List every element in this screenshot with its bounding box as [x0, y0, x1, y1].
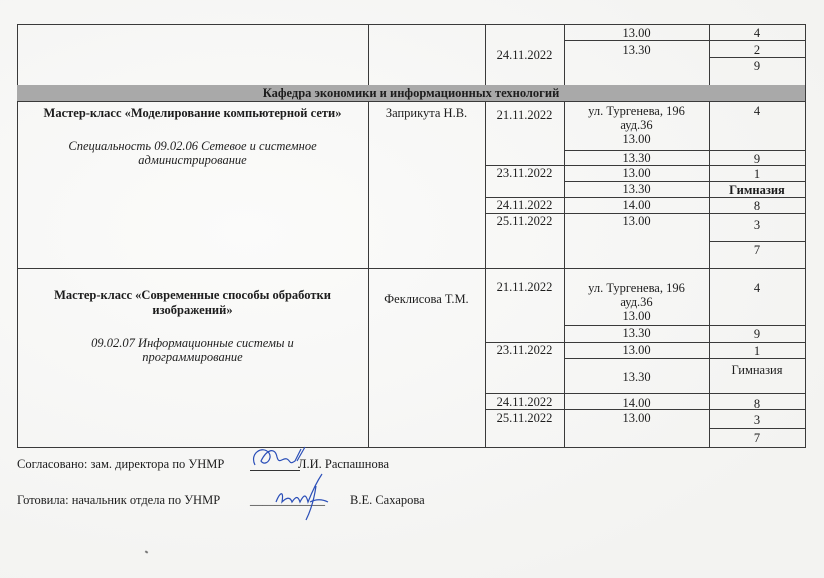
schedule-group: 4	[709, 104, 805, 118]
schedule-time: 13.00	[564, 166, 709, 180]
schedule-group: 3	[709, 413, 805, 427]
schedule-time: 13.30	[564, 182, 709, 196]
schedule-time: 13.00	[564, 214, 709, 228]
schedule-date: 24.11.2022	[485, 395, 564, 409]
schedule-group: 9	[709, 152, 805, 166]
schedule-time: 14.00	[564, 198, 709, 212]
schedule-date: 25.11.2022	[485, 214, 564, 228]
location-line-1: ул. Тургенева, 196	[564, 104, 709, 118]
schedule-group: 1	[709, 167, 805, 181]
prepared-handwritten-signature-icon	[270, 472, 340, 522]
schedule-time: 13.00	[564, 309, 709, 323]
schedule-group: 9	[709, 327, 805, 341]
top-time-1: 13.00	[564, 26, 709, 40]
specialty-line-2: администрирование	[17, 153, 368, 167]
master-class-title-line-2: изображений»	[17, 303, 368, 317]
schedule-group: 3	[709, 218, 805, 232]
schedule-group: 8	[709, 397, 805, 411]
top-group-3: 9	[709, 59, 805, 73]
schedule-group: Гимназия	[709, 363, 805, 377]
top-time-2: 13.30	[564, 43, 709, 57]
location-line-2: ауд.36	[564, 118, 709, 132]
scanned-document-page: 24.11.2022 13.00 13.30 4 2 9 Кафедра эко…	[0, 0, 824, 578]
teacher-name: Феклисова Т.М.	[368, 292, 485, 306]
schedule-date: 25.11.2022	[485, 411, 564, 425]
schedule-group: 8	[709, 199, 805, 213]
prepared-prefix: Готовила: начальник отдела по УНМР	[17, 493, 220, 507]
schedule-date: 23.11.2022	[485, 343, 564, 357]
specialty-line-1: Специальность 09.02.06 Сетевое и системн…	[17, 139, 368, 153]
schedule-group: 7	[709, 431, 805, 445]
schedule-group: 7	[709, 243, 805, 257]
schedule-group: Гимназия	[709, 183, 805, 197]
schedule-date: 23.11.2022	[485, 166, 564, 180]
approved-handwritten-signature-icon	[245, 443, 315, 473]
schedule-time: 13.00	[564, 343, 709, 357]
specialty-line-1: 09.02.07 Информационные системы и	[17, 336, 368, 350]
prepared-name: В.Е. Сахарова	[350, 493, 425, 507]
schedule-date: 21.11.2022	[485, 108, 564, 122]
location-line-1: ул. Тургенева, 196	[564, 281, 709, 295]
schedule-date: 21.11.2022	[485, 280, 564, 294]
department-header: Кафедра экономики и информационных техно…	[17, 85, 805, 101]
scan-artifact	[145, 550, 149, 553]
top-date: 24.11.2022	[485, 48, 564, 62]
schedule-group: 4	[709, 281, 805, 295]
schedule-time: 13.30	[564, 326, 709, 340]
schedule-time: 13.00	[564, 132, 709, 146]
specialty-line-2: программирование	[17, 350, 368, 364]
schedule-group: 1	[709, 344, 805, 358]
master-class-title-line-1: Мастер-класс «Современные способы обрабо…	[17, 288, 368, 302]
schedule-time: 13.30	[564, 370, 709, 384]
top-group-1: 4	[709, 26, 805, 40]
schedule-time: 13.00	[564, 411, 709, 425]
teacher-name: Заприкута Н.В.	[368, 106, 485, 120]
master-class-title: Мастер-класс «Моделирование компьютерной…	[17, 106, 368, 120]
top-group-2: 2	[709, 43, 805, 57]
schedule-time: 14.00	[564, 396, 709, 410]
schedule-time: 13.30	[564, 151, 709, 165]
schedule-date: 24.11.2022	[485, 198, 564, 212]
approved-prefix: Согласовано: зам. директора по УНМР	[17, 457, 224, 471]
location-line-2: ауд.36	[564, 295, 709, 309]
